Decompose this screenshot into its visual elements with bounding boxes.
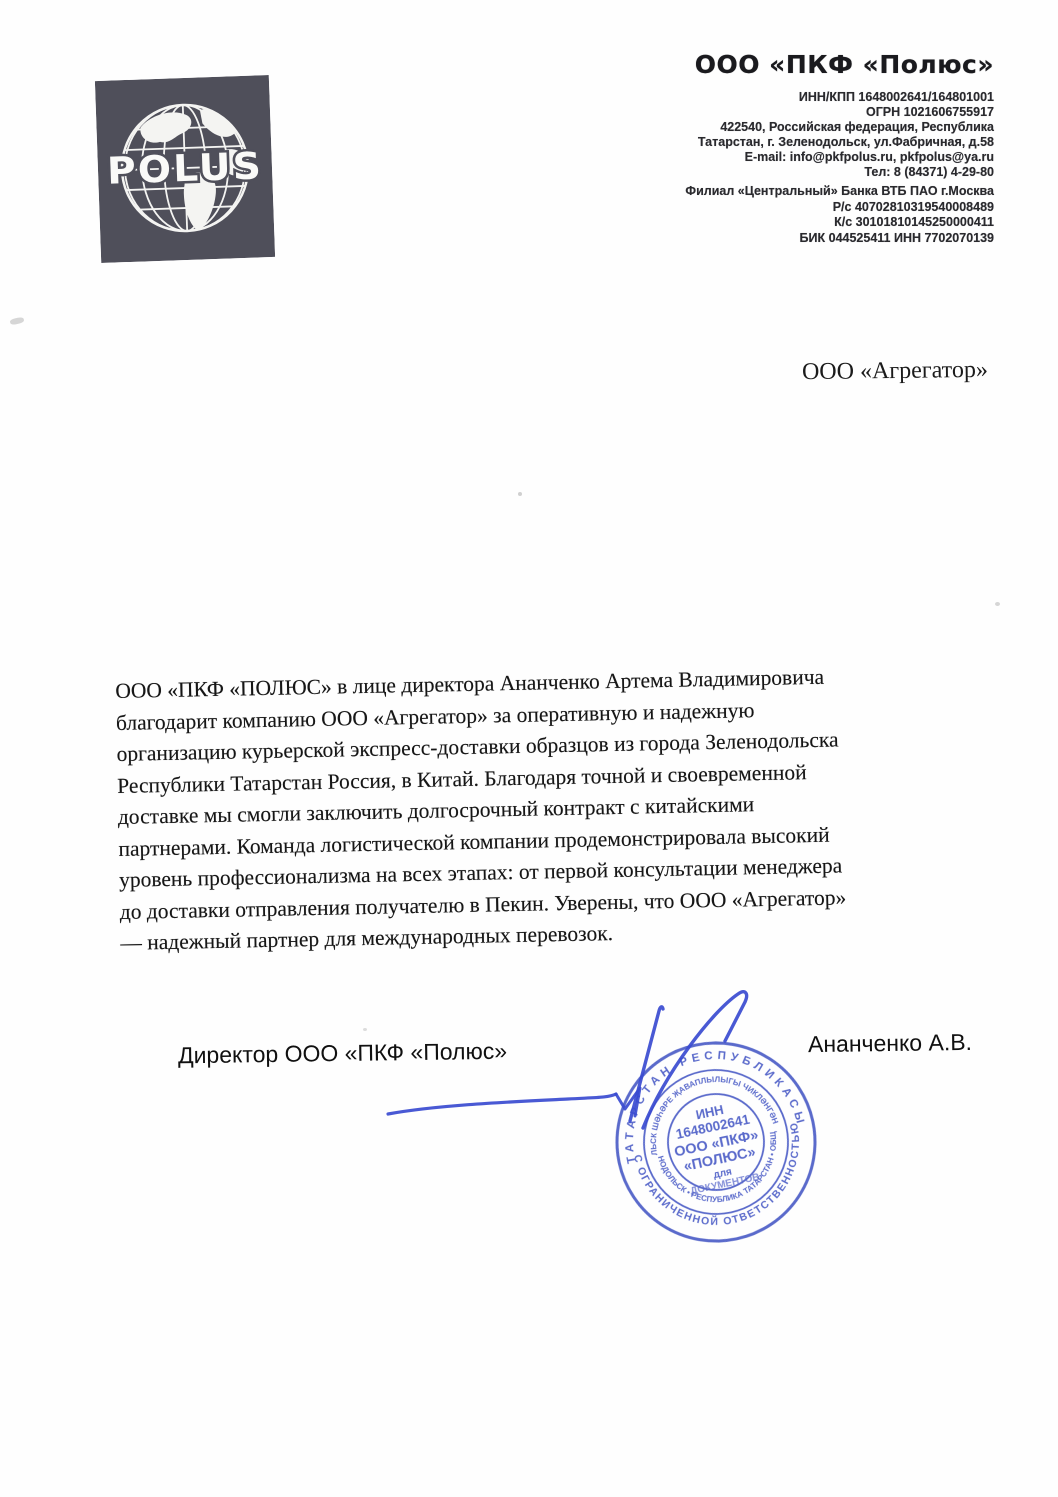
scan-artifact: [518, 492, 522, 496]
company-detail-line: 422540, Российская федерация, Республика: [698, 120, 994, 135]
signature-ink: [368, 983, 778, 1151]
scan-artifact: [363, 1028, 367, 1031]
bank-detail-line: Филиал «Центральный» Банка ВТБ ПАО г.Мос…: [685, 184, 994, 200]
company-detail-line: ОГРН 1021606755917: [698, 105, 994, 120]
signoff-name: Ананченко А.В.: [808, 1029, 972, 1058]
scan-artifact: [995, 602, 1000, 606]
company-name: ООО «ПКФ «Полюс»: [695, 50, 994, 79]
company-detail-line: ИНН/КПП 1648002641/164801001: [698, 90, 994, 105]
recipient-line: ООО «Агрегатор»: [802, 357, 988, 386]
bank-detail-line: К/с 30101810145250000411: [685, 215, 994, 231]
bank-detail-line: БИК 044525411 ИНН 7702070139: [685, 231, 994, 247]
company-details-block: ИНН/КПП 1648002641/164801001 ОГРН 102160…: [698, 90, 994, 180]
globe-logo-icon: POLUS: [95, 75, 275, 263]
letter-body: ООО «ПКФ «ПОЛЮС» в лице директора Ананче…: [115, 658, 1001, 959]
company-detail-line: Тел: 8 (84371) 4-29-80: [698, 165, 994, 180]
handwritten-signature-icon: [368, 983, 778, 1151]
bank-details-block: Филиал «Центральный» Банка ВТБ ПАО г.Мос…: [685, 184, 994, 246]
logo-text: POLUS: [106, 144, 263, 192]
company-logo: POLUS: [95, 75, 275, 263]
bank-detail-line: Р/с 40702810319540008489: [685, 200, 994, 216]
scan-artifact: [10, 317, 25, 326]
company-detail-line: Татарстан, г. Зеленодольск, ул.Фабричная…: [698, 135, 994, 150]
scanned-letter-page: POLUS ООО «ПКФ «Полюс» ИНН/КПП 164800264…: [0, 0, 1058, 1497]
company-detail-line: E-mail: info@pkfpolus.ru, pkfpolus@ya.ru: [698, 150, 994, 165]
